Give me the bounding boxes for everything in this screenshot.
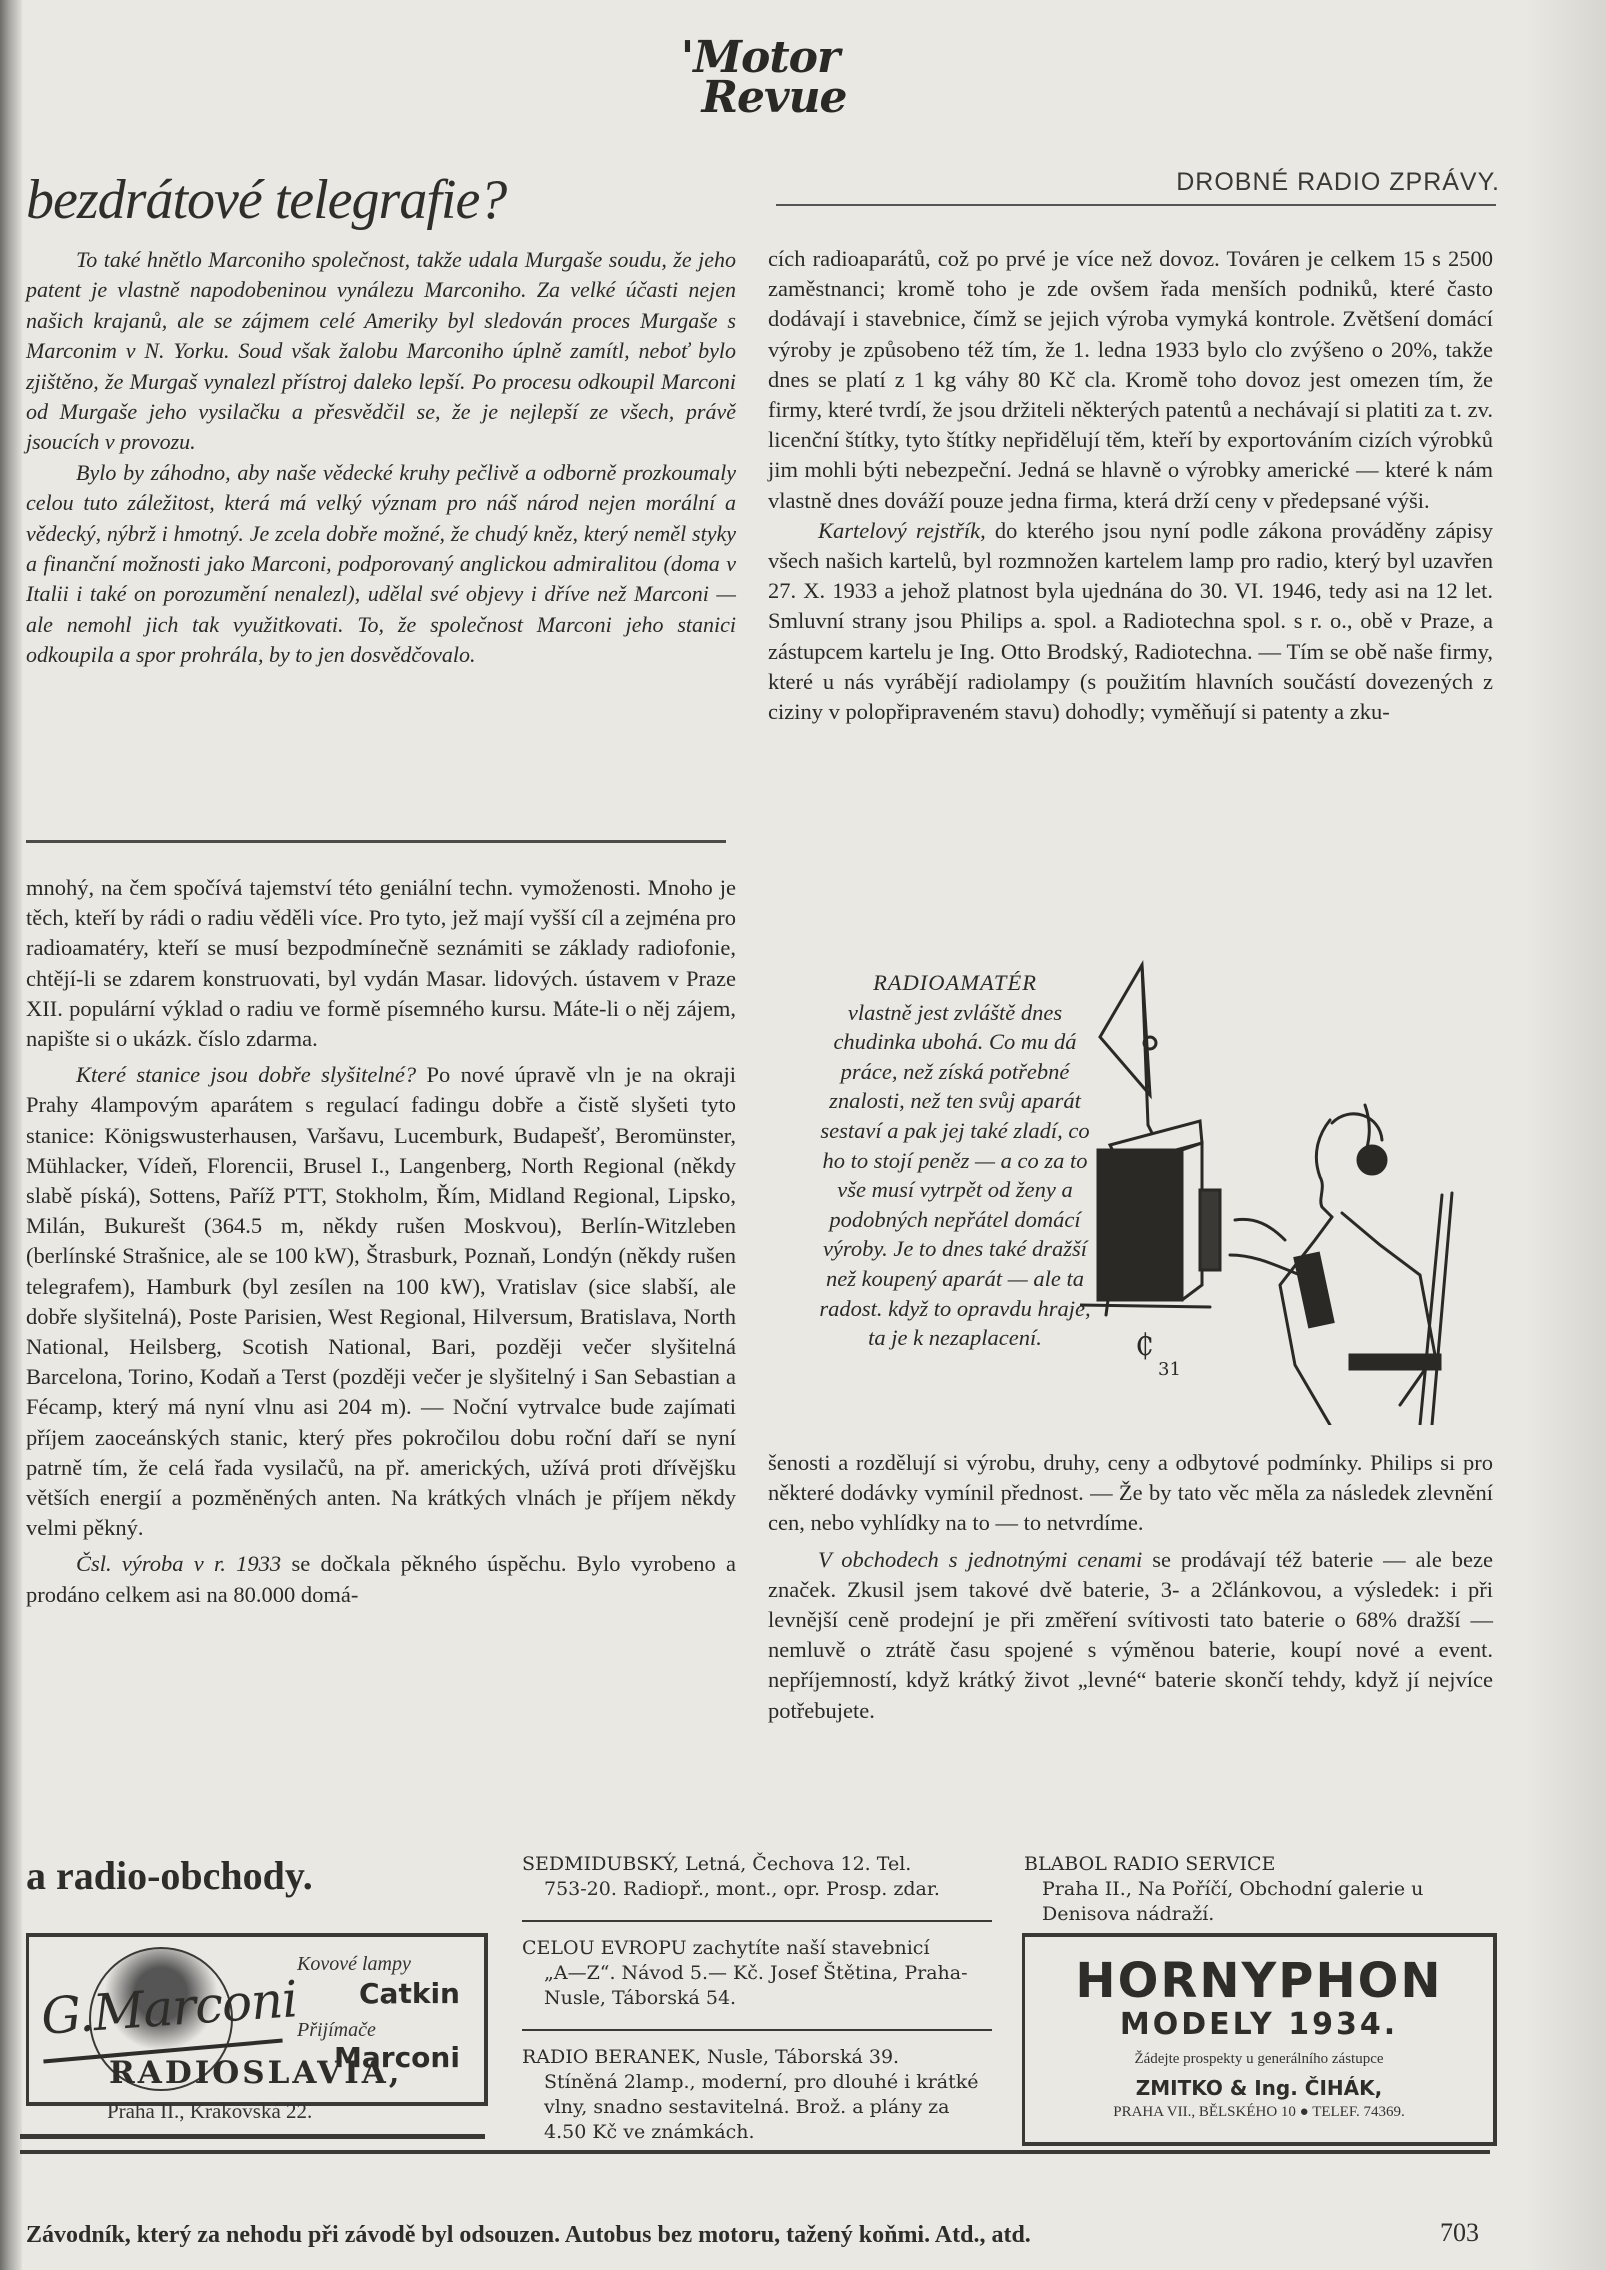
ad-label-metal-tubes: Kovové lampy <box>297 1953 411 1976</box>
news-paragraph: mnohý, na čem spočívá tajemství této gen… <box>26 873 736 1054</box>
ad-address: Praha II., Krakovská 22. <box>107 2099 312 2124</box>
ad-hornyphon: HORNYPHON MODELY 1934. Žádejte prospekty… <box>1022 1933 1497 2146</box>
news-paragraph-batteries: V obchodech s jednotnými cenami se prodá… <box>768 1545 1493 1726</box>
ad-celou-evropu-head: CELOU EVROPU zachytíte naší stavebnicí <box>522 1937 930 1959</box>
logo-line-2: Revue <box>688 78 860 118</box>
ad-blabol-head: BLABOL RADIO SERVICE <box>1024 1853 1275 1875</box>
news-body-stations: Po nové úpravě vln je na okraji Prahy 4l… <box>26 1062 736 1540</box>
svg-text:31: 31 <box>1158 1359 1181 1380</box>
cartoon-caption: RADIOAMATÉR vlastně jest zvláště dnes ch… <box>810 968 1100 1353</box>
page-edge-shadow <box>1526 0 1606 2270</box>
cartoon-caption-text: vlastně jest zvláště dnes chudinka ubohá… <box>810 998 1100 1353</box>
ad-hornyphon-dealer: ZMITKO & Ing. ČIHÁK, <box>1025 2076 1493 2100</box>
article-left-column: To také hnětlo Marconiho společnost, tak… <box>26 245 736 671</box>
ad-celou-evropu-body: „A—Z“. Návod 5.— Kč. Josef Štětina, Prah… <box>522 1961 992 2011</box>
news-body-cartel: do kterého jsou nyní podle zákona provád… <box>768 518 1493 724</box>
radio-news-left-column: mnohý, na čem spočívá tajemství této gen… <box>26 873 736 1610</box>
news-lead-batteries: V obchodech s jednotnými cenami <box>818 1547 1142 1572</box>
ad-hornyphon-title: HORNYPHON <box>1025 1955 1493 2007</box>
ad-divider <box>522 1920 992 1922</box>
news-lead-production: Čsl. výroba v r. 1933 <box>76 1551 281 1576</box>
ad-radio-beranek: RADIO BERANEK, Nusle, Táborská 39. Stíně… <box>522 2045 992 2155</box>
ad-sedmidubsky-head: SEDMIDUBSKÝ, Letná, Čechova 12. Tel. <box>522 1853 911 1875</box>
news-lead-stations: Které stanice jsou dobře slyšitelné? <box>76 1062 416 1087</box>
article-paragraph: Bylo by záhodno, aby naše vědecké kruhy … <box>26 458 736 671</box>
news-paragraph: cích radioaparátů, což po prvé je více n… <box>768 244 1493 516</box>
ad-celou-evropu: CELOU EVROPU zachytíte naší stavebnicí „… <box>522 1936 992 2021</box>
radio-news-right-column: cích radioaparátů, což po prvé je více n… <box>768 244 1493 727</box>
ad-brand-catkin: Catkin <box>359 1977 460 2010</box>
ad-blabol-radio-service: BLABOL RADIO SERVICE Praha II., Na Poříč… <box>1024 1852 1494 1927</box>
ad-hornyphon-note: Žádejte prospekty u generálního zástupce <box>1025 2051 1493 2068</box>
cartoon-heading: RADIOAMATÉR <box>810 968 1100 998</box>
running-footer: Závodník, který za nehodu při závodě byl… <box>26 2222 1176 2249</box>
ad-blabol-body: Praha II., Na Poříčí, Obchodní galerie u… <box>1024 1877 1494 1927</box>
section-heading: DROBNÉ RADIO ZPRÁVY. <box>1030 168 1500 197</box>
ad-sedmidubsky-body: 753-20. Radiopř., mont., opr. Prosp. zda… <box>522 1877 992 1902</box>
news-paragraph-stations: Které stanice jsou dobře slyšitelné? Po … <box>26 1060 736 1543</box>
radio-news-right-column-bottom: šenosti a rozdělují si výrobu, druhy, ce… <box>768 1448 1493 1726</box>
section-heading-rule <box>776 204 1496 206</box>
news-paragraph-cartel: Kartelový rejstřík, do kterého jsou nyní… <box>768 516 1493 727</box>
ads-section-title: a radio-obchody. <box>26 1852 313 1899</box>
page-gutter-shadow <box>0 0 22 2270</box>
column-divider <box>26 840 726 843</box>
radio-amateur-illustration: ₵ 31 <box>1080 955 1480 1425</box>
ad-rule <box>20 2134 485 2139</box>
news-body-batteries: se prodávají též baterie — ale beze znač… <box>768 1547 1493 1723</box>
ads-bottom-rule <box>20 2150 1490 2154</box>
svg-text:₵: ₵ <box>1135 1328 1154 1363</box>
news-lead-cartel: Kartelový rejstřík, <box>818 518 986 543</box>
ad-label-receivers: Přijímače <box>297 2019 376 2042</box>
marconi-script-logo: G.Marconi <box>39 1970 299 2046</box>
news-paragraph-production: Čsl. výroba v r. 1933 se dočkala pěkného… <box>26 1549 736 1609</box>
ad-hornyphon-models: MODELY 1934. <box>1025 2007 1493 2043</box>
classified-ads-column: SEDMIDUBSKÝ, Letná, Čechova 12. Tel. 753… <box>522 1852 992 2155</box>
ad-marconi-radioslavia: G.Marconi Kovové lampy Catkin Přijímače … <box>26 1933 488 2106</box>
article-paragraph: To také hnětlo Marconiho společnost, tak… <box>26 245 736 458</box>
ad-divider <box>522 2029 992 2031</box>
ad-sedmidubsky: SEDMIDUBSKÝ, Letná, Čechova 12. Tel. 753… <box>522 1852 992 1912</box>
ad-hornyphon-address: PRAHA VII., BĚLSKÉHO 10 ● TELEF. 74369. <box>1025 2104 1493 2121</box>
ad-beranek-body: Stíněná 2lamp., moderní, pro dlouhé i kr… <box>522 2070 992 2145</box>
magazine-logo: 'Motor Revue <box>660 38 860 118</box>
news-paragraph: šenosti a rozdělují si výrobu, druhy, ce… <box>768 1448 1493 1539</box>
article-title: bezdrátové telegrafie? <box>26 168 746 232</box>
ad-company-radioslavia: RADIOSLAVIA, <box>109 2055 403 2091</box>
ad-beranek-head: RADIO BERANEK, Nusle, Táborská 39. <box>522 2046 899 2068</box>
page-number: 703 <box>1440 2218 1479 2248</box>
